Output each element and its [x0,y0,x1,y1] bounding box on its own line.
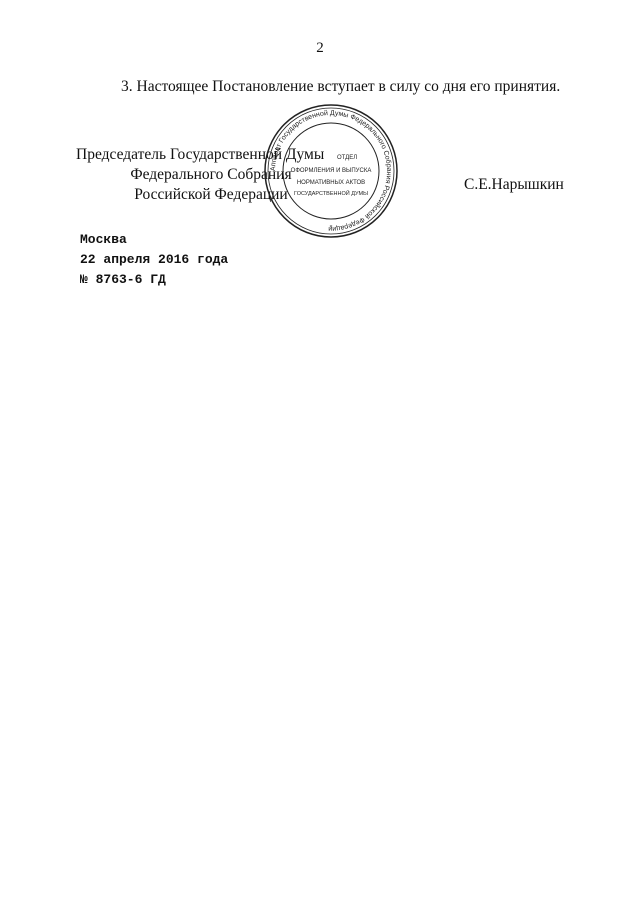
page-number: 2 [0,40,640,57]
city: Москва [80,230,228,250]
stamp-line-4: ГОСУДАРСТВЕННОЙ ДУМЫ [294,189,368,197]
document-number: № 8763-6 ГД [80,270,228,290]
resolution-paragraph: 3. Настоящее Постановление вступает в си… [121,78,560,96]
svg-text:*: * [330,225,333,231]
date: 22 апреля 2016 года [80,250,228,270]
stamp-line-1: ОТДЕЛ [337,155,357,161]
signer-name: С.Е.Нарышкин [464,176,564,194]
stamp-seal-icon: Аппарат Государственной Думы Федеральног… [263,103,399,239]
stamp-line-2: ОФОРМЛЕНИЯ И ВЫПУСКА [291,168,372,174]
place-date-block: Москва 22 апреля 2016 года № 8763-6 ГД [80,230,228,290]
stamp-line-3: НОРМАТИВНЫХ АКТОВ [297,180,365,186]
official-stamp: Аппарат Государственной Думы Федеральног… [263,103,399,239]
